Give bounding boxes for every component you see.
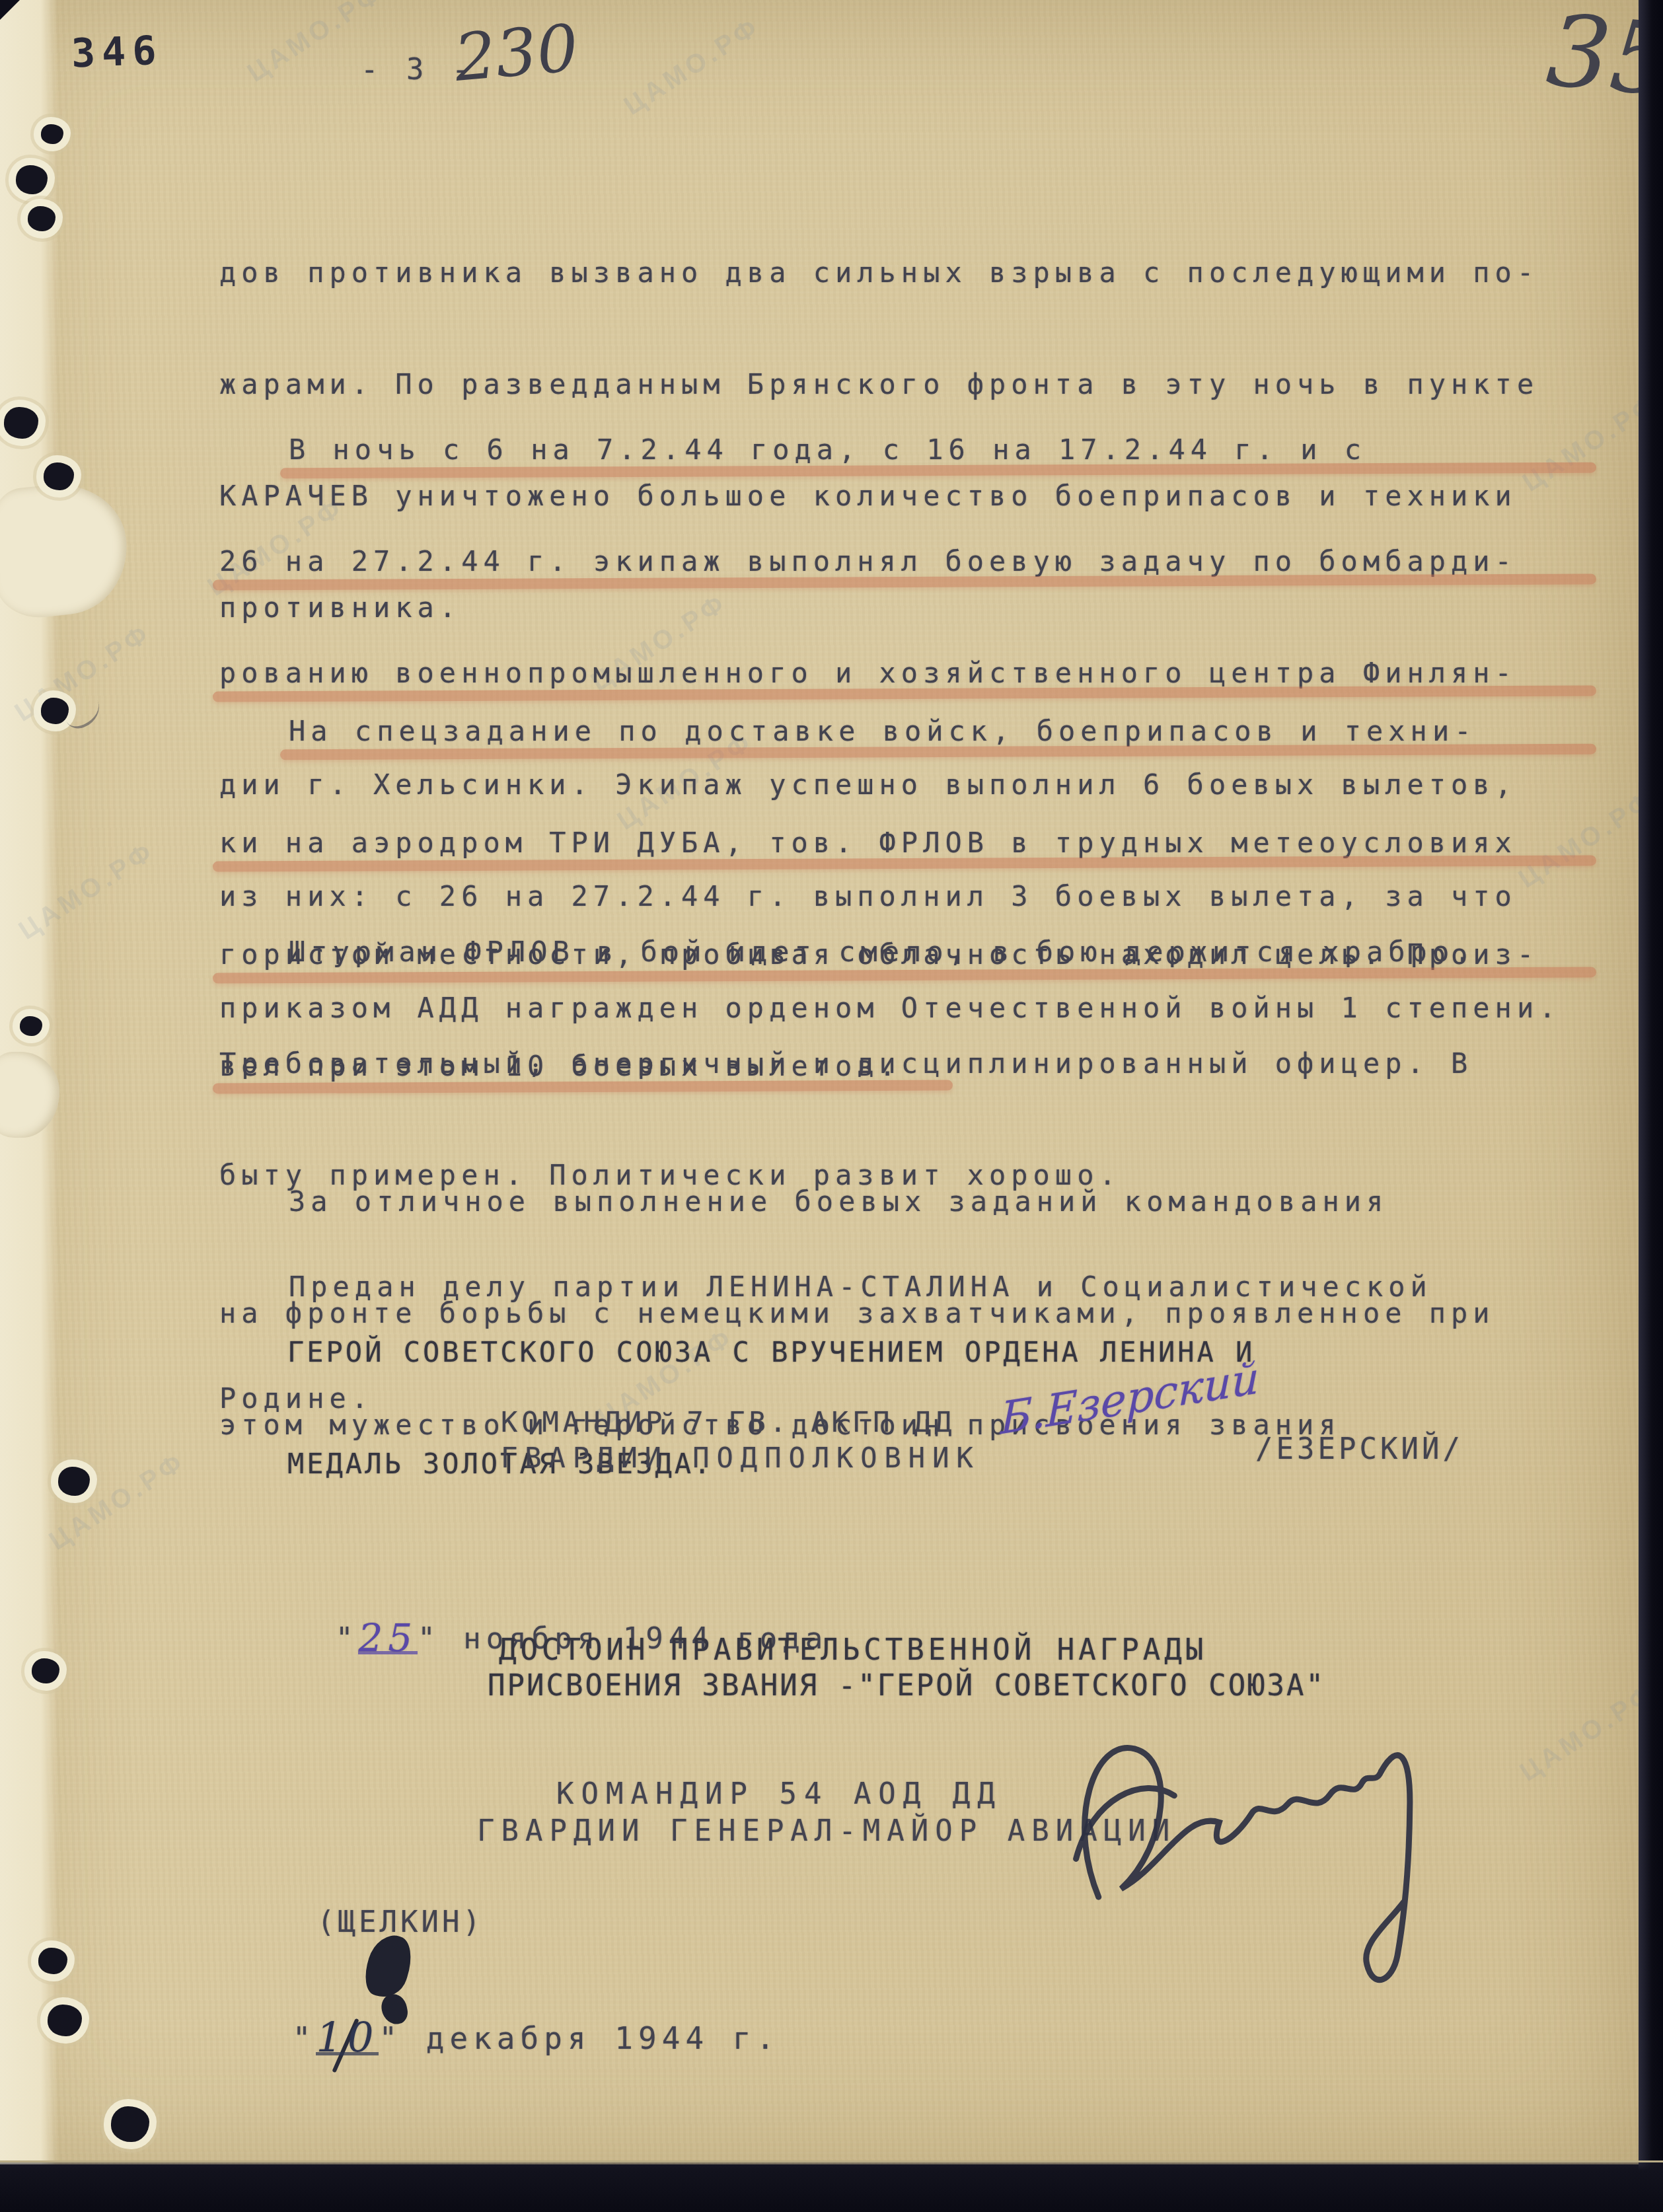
commander1-title-line1: КОМАНДИР 7 ГВ. АКГП ДД	[501, 1406, 955, 1438]
endorsement-line1: ДОСТОИН ПРАВИТЕЛЬСТВЕННОЙ НАГРАДЫ	[499, 1633, 1207, 1667]
commander2-title-line1: КОМАНДИР 54 АОД ДД	[556, 1777, 1002, 1811]
date-text: декабря 1944 г.	[402, 2020, 780, 2056]
punch-hole	[38, 1948, 67, 1974]
handwritten-day-10: 10	[316, 2023, 379, 2055]
stamp-page-number: 346	[71, 28, 164, 77]
scan-dark-edge-right	[1639, 0, 1663, 2212]
commander1-title-line2: ГВАРДИИ ПОДПОЛКОВНИК	[501, 1442, 980, 1474]
open-quote: "	[336, 1622, 359, 1656]
scan-dark-edge-bottom	[0, 2160, 1663, 2212]
text-line-underlined: В ночь с 6 на 7.2.44 года, с 16 на 17.2.…	[219, 432, 1587, 479]
award-line: ГЕРОЙ СОВЕТСКОГО СОЮЗА С ВРУЧЕНИЕМ ОРДЕН…	[287, 1335, 1543, 1382]
close-quote: "	[418, 1622, 441, 1656]
text-line: Требовательный, энергичный и дисциплинир…	[219, 1046, 1587, 1093]
pencil-folio-number: 230	[451, 11, 581, 96]
punch-hole	[28, 206, 55, 231]
text-line-underlined: На спецзадание по доставке войск, боепри…	[219, 714, 1587, 760]
shchelkin-handwritten-signature	[1045, 1676, 1436, 2018]
open-quote: "	[293, 2020, 316, 2056]
commander1-typed-surname: /ЕЗЕРСКИЙ/	[1255, 1432, 1463, 1466]
punch-hole	[44, 462, 74, 490]
punch-hole	[20, 1016, 42, 1036]
close-quote: "	[379, 2020, 402, 2056]
date-line-december: "10" декабря 1944 г.	[198, 1985, 780, 2092]
text-line-underlined: 26 на 27.2.44 г. экипаж выполнял боевую …	[219, 544, 1587, 591]
punch-hole	[32, 1658, 59, 1683]
corner-nick	[0, 0, 20, 20]
archive-document-scan: ЦАМО.РФ ЦАМО.РФ ЦАМО.РФ ЦАМО.РФ ЦАМО.РФ …	[0, 0, 1663, 2212]
commander2-typed-surname: (ЩЕЛКИН)	[317, 1905, 484, 1939]
punch-hole	[48, 2005, 82, 2036]
handwritten-day-25: 25	[358, 1625, 418, 1654]
text-line-underlined: ки на аэродром ТРИ ДУБА, тов. ФРЛОВ в тр…	[219, 825, 1587, 872]
punch-hole	[16, 165, 48, 194]
punch-hole	[111, 2106, 149, 2142]
text-line: дов противника вызвано два сильных взрыв…	[219, 255, 1587, 302]
punch-hole	[4, 407, 38, 439]
text-line: Штурман ФРЛОВ в бой идет смело, в бою де…	[219, 934, 1587, 981]
punch-hole	[58, 1467, 90, 1496]
punch-hole	[41, 124, 63, 144]
text-line: За отличное выполнение боевых заданий ко…	[219, 1184, 1587, 1231]
